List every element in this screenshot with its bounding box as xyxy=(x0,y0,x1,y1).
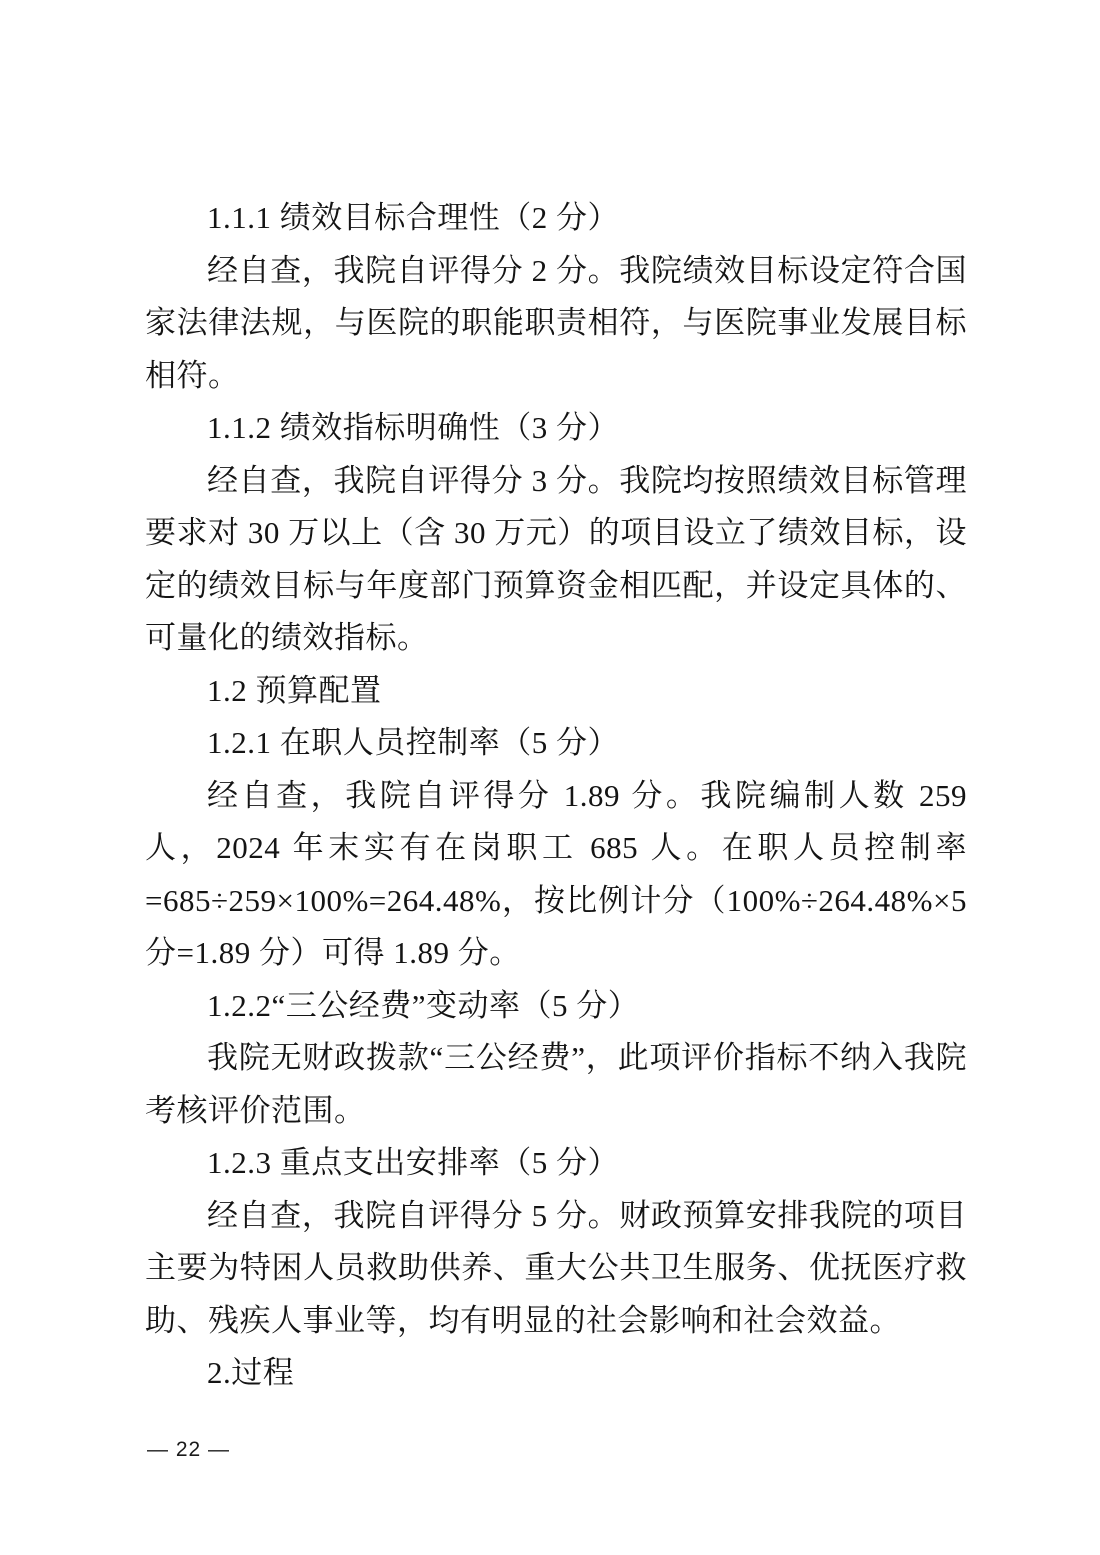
paragraph: 经自查，我院自评得分 5 分。财政预算安排我院的项目主要为特困人员救助供养、重大… xyxy=(145,1190,967,1348)
section-heading: 1.2.3 重点支出安排率（5 分） xyxy=(145,1137,967,1190)
paragraph: 经自查，我院自评得分 2 分。我院绩效目标设定符合国家法律法规，与医院的职能职责… xyxy=(145,245,967,403)
section-heading: 1.2.2“三公经费”变动率（5 分） xyxy=(145,980,967,1033)
page-number: — 22 — xyxy=(147,1438,230,1462)
document-content: 1.1.1 绩效目标合理性（2 分）经自查，我院自评得分 2 分。我院绩效目标设… xyxy=(145,192,967,1400)
paragraph: 经自查，我院自评得分 1.89 分。我院编制人数 259 人，2024 年末实有… xyxy=(145,770,967,980)
section-heading: 1.1.2 绩效指标明确性（3 分） xyxy=(145,402,967,455)
paragraph: 经自查，我院自评得分 3 分。我院均按照绩效目标管理要求对 30 万以上（含 3… xyxy=(145,455,967,665)
section-heading: 1.1.1 绩效目标合理性（2 分） xyxy=(145,192,967,245)
section-heading: 1.2.1 在职人员控制率（5 分） xyxy=(145,717,967,770)
paragraph: 我院无财政拨款“三公经费”，此项评价指标不纳入我院考核评价范围。 xyxy=(145,1032,967,1137)
document-page: 1.1.1 绩效目标合理性（2 分）经自查，我院自评得分 2 分。我院绩效目标设… xyxy=(0,0,1100,1555)
section-heading: 1.2 预算配置 xyxy=(145,665,967,718)
section-heading: 2.过程 xyxy=(145,1347,967,1400)
